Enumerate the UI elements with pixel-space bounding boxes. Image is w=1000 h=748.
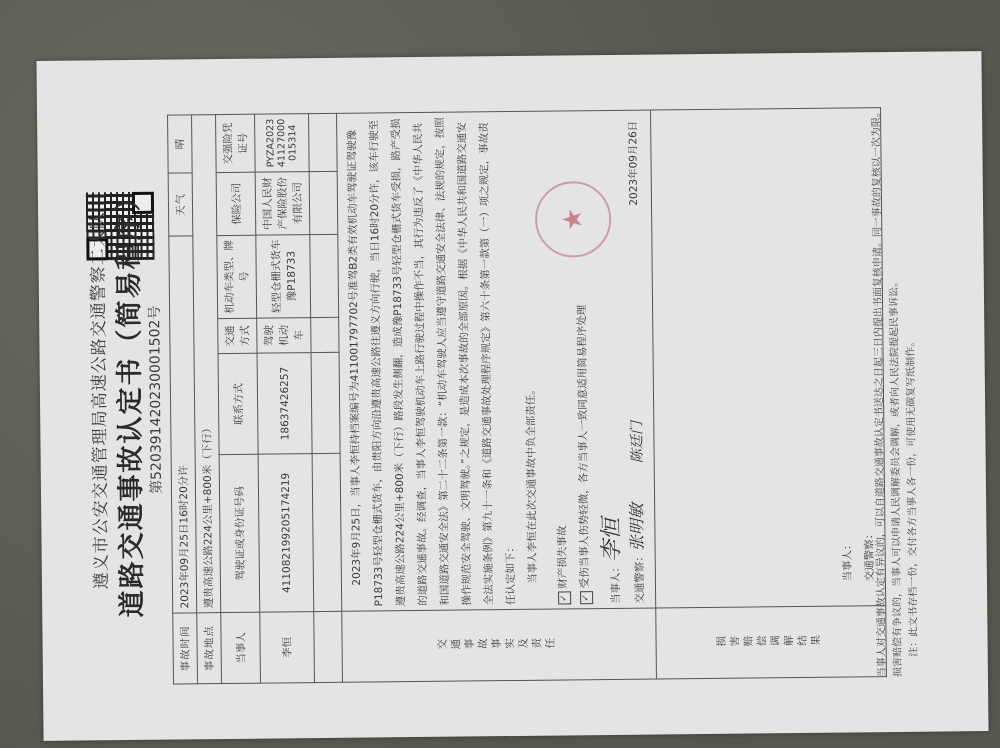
party-phone: 18637426257 [257, 353, 312, 454]
col-party: 当事人 [221, 612, 261, 683]
party-insurer: 中国人民财产保险股份有限公司 [255, 172, 310, 235]
mediation-cell: 当事人： 交通警察： [651, 108, 886, 608]
facts-label-cell: 交通事故事实及责任 [342, 608, 657, 682]
officer-signature-1: 张明敏 [627, 503, 647, 551]
weather-label: 天气 [168, 173, 193, 236]
legal-notice: 当事人对交通事故认定有异议的，可以自道路交通事故认定书送达之日起三日内提出书面复… [869, 97, 923, 677]
party-id: 411082199205174219 [258, 454, 314, 612]
property-checkbox-label: 财产损失事故 [556, 525, 569, 588]
party-policy: PYZA202341127000015314 [255, 114, 310, 173]
col-insurer: 保险公司 [216, 172, 256, 235]
col-policy: 交强险凭证号 [216, 114, 256, 172]
issue-date: 2023年09月26日 [622, 121, 645, 206]
facts-text: 2023年9月25日，当事人李恒持档案编号为411001797702号准驾B2类… [341, 116, 522, 607]
party-name: 李恒 [260, 612, 315, 684]
table-row: 李恒 411082199205174219 18637426257 驾驶机动车 … [255, 114, 315, 684]
mediation-label-cell: 损害赔偿调解结果 [656, 606, 887, 679]
party-header-row: 当事人 驾驶证或身份证号码 联系方式 交通方式 机动车类型、牌号 保险公司 交强… [216, 114, 261, 683]
injury-checkbox-label: 受伤当事人伤势轻微，各方当事人一致同意适用简易程序处理 [576, 305, 591, 589]
accident-form: 事故时间 2023年09月25日16时20分许 天气 晴 事故地点 遵贵高速公路… [167, 107, 887, 684]
col-phone: 联系方式 [218, 353, 258, 454]
facts-cell: 2023年9月25日，当事人李恒持档案编号为411001797702号准驾B2类… [337, 110, 656, 611]
accident-time-label: 事故时间 [173, 613, 198, 684]
weather: 晴 [168, 115, 193, 173]
accident-report: 遵义市公安交通管理局高速公路交通警察二大队 道路交通事故认定书（简易程序） 第5… [36, 51, 988, 741]
mediation-label: 损害赔偿调解结果 [716, 633, 824, 652]
party-transport: 驾驶机动车 [257, 317, 311, 353]
party-vehicle: 轻型仓栅式货车豫P18733 [256, 234, 311, 317]
facts-conclusion: 当事人李恒在此次交通事故中负全部责任。 [517, 116, 544, 605]
property-checkbox[interactable]: ✓ [558, 591, 571, 604]
party-sign-label: 当事人： [610, 562, 622, 604]
col-id: 驾驶证或身份证号码 [219, 454, 260, 612]
injury-checkbox[interactable]: ✓ [580, 591, 593, 604]
col-transport: 交通方式 [218, 318, 257, 354]
official-seal-icon: ★ [535, 181, 612, 258]
col-vehicle: 机动车类型、牌号 [217, 235, 257, 318]
officer-signature-2: 陈廷门 [629, 421, 645, 463]
document-paper: 遵义市公安交通管理局高速公路交通警察二大队 道路交通事故认定书（简易程序） 第5… [36, 51, 988, 741]
facts-label: 交通事故事实及责任 [437, 636, 559, 655]
officer-sign-label: 交通警察： [634, 551, 647, 604]
party-signature: 李恒 [599, 518, 624, 562]
location-label: 事故地点 [197, 613, 222, 684]
